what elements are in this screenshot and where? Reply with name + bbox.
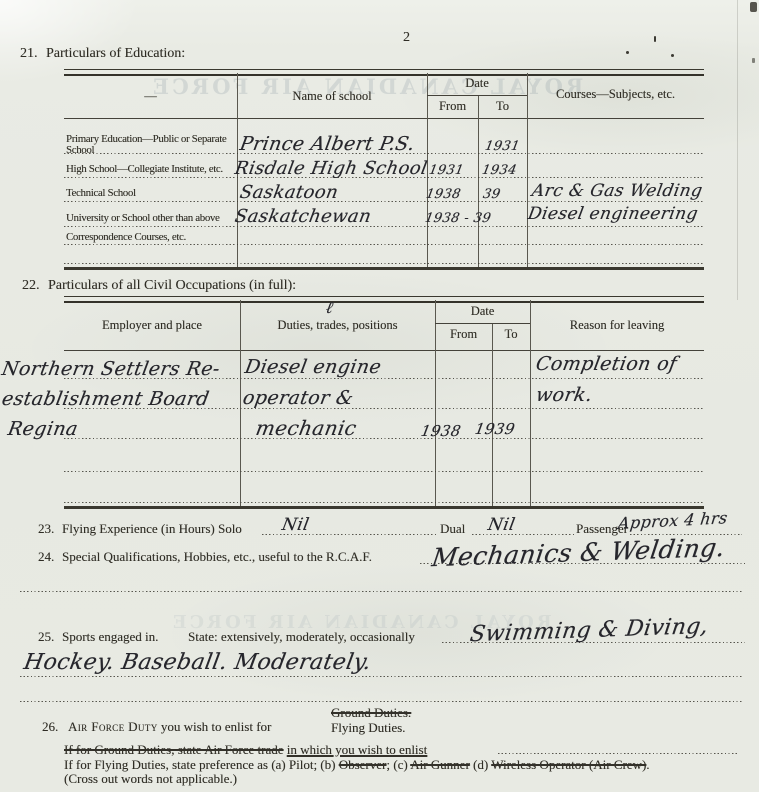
ground-instruction-struck: If for Ground Duties, state Air Force tr… <box>64 742 284 757</box>
table-top-rule <box>64 296 704 303</box>
handwritten-courses: Arc & Gas Welding <box>532 181 702 201</box>
option-ground-duties: Ground Duties. <box>331 705 411 721</box>
ink-speck <box>752 58 755 63</box>
section-21-title: Particulars of Education: <box>46 46 185 62</box>
handwritten-year-to: 39 <box>483 187 500 202</box>
table-header-rule <box>64 118 704 119</box>
education-col-school: Name of school <box>237 89 427 104</box>
pref-part: (d) <box>470 757 491 772</box>
education-col-from: From <box>427 99 478 114</box>
paper-fold-line <box>737 0 738 300</box>
handwritten-year-range: 1938 - 39 <box>425 211 491 226</box>
handwritten-qualifications: Mechanics & Welding. <box>432 533 726 572</box>
handwritten-year-to: 1934 <box>482 163 517 178</box>
handwritten-school: Saskatchewan <box>235 206 371 227</box>
handwritten-reason: work. <box>536 384 592 406</box>
handwritten-sports-line2: Hockey. Baseball. Moderately. <box>24 650 371 675</box>
occupation-col-to: To <box>492 327 530 342</box>
section-22-number: 22. <box>22 278 40 294</box>
ink-speck <box>626 51 629 54</box>
handwritten-duties: Diesel engine <box>245 356 381 378</box>
section-24-label: Special Qualifications, Hobbies, etc., u… <box>62 549 372 565</box>
column-divider <box>492 324 493 506</box>
cross-out-note: (Cross out words not applicable.) <box>64 771 237 787</box>
handwritten-year-to: 1939 <box>475 420 515 438</box>
pref-part: ; (c) <box>386 757 410 772</box>
occupations-table: Employer and place Duties, trades, posit… <box>64 296 704 509</box>
occupation-col-from: From <box>435 327 492 342</box>
handwritten-year-from: 1938 <box>421 422 461 440</box>
handwritten-courses: Diesel engineering <box>528 204 698 224</box>
pref-part: . <box>646 757 649 772</box>
section-25-label-b: State: extensively, moderately, occasion… <box>188 629 415 645</box>
handwritten-employer: Regina <box>8 418 78 440</box>
handwritten-school: Risdale High School <box>235 158 427 179</box>
option-flying-duties: Flying Duties. <box>331 720 405 736</box>
writing-line <box>64 262 704 264</box>
section-24-number: 24. <box>38 549 54 565</box>
education-col-date: Date <box>427 76 527 91</box>
occupation-col-reason: Reason for leaving <box>530 318 704 333</box>
handwritten-year-from: 1938 <box>426 187 461 202</box>
education-col-blank: — <box>64 89 237 104</box>
section-26-label: Air Force Duty you wish to enlist for <box>68 719 271 735</box>
handwritten-year-to: 1931 <box>485 139 520 154</box>
education-col-courses: Courses—Subjects, etc. <box>527 87 704 102</box>
ground-instruction-underlined: in which you wish to enlist <box>287 742 427 757</box>
trailing-dots <box>498 752 738 754</box>
handwritten-employer: Northern Settlers Re- <box>2 358 220 380</box>
occupation-col-date: Date <box>435 304 530 319</box>
writing-line <box>64 243 704 245</box>
scanned-form-page: ROYAL CANADIAN AIR FORCE ROYAL CANADIAN … <box>0 0 759 792</box>
table-top-rule <box>64 69 704 76</box>
ground-duties-instruction: If for Ground Duties, state Air Force tr… <box>64 742 427 758</box>
column-divider <box>527 73 528 267</box>
ink-speck <box>671 54 674 57</box>
education-row-label: Primary Education—Public or Separate Sch… <box>66 134 236 156</box>
handwritten-reason: Completion of <box>536 353 677 375</box>
education-table: — Name of school Date From To Courses—Su… <box>64 69 704 271</box>
date-underline <box>427 95 527 96</box>
blank-writing-line <box>20 700 742 702</box>
education-row-label: High School—Collegiate Institute, etc. <box>66 164 223 175</box>
stray-pen-mark: ℓ <box>326 298 333 318</box>
writing-line <box>64 437 704 439</box>
handwritten-passenger: Approx 4 hrs <box>618 508 729 533</box>
handwritten-year-from: 1931 <box>429 163 464 178</box>
section-25-number: 25. <box>38 629 54 645</box>
education-row-label: Correspondence Courses, etc. <box>66 232 186 243</box>
column-divider <box>478 96 479 267</box>
pref-part-wireless-operator: Wireless Operator (Air Crew) <box>491 757 646 772</box>
ink-speck <box>654 36 656 42</box>
section-23-number: 23. <box>38 521 54 537</box>
handwritten-solo: Nil <box>282 515 309 535</box>
table-bottom-rule <box>64 267 704 270</box>
education-row-label: Technical School <box>66 188 136 199</box>
table-bottom-rule <box>64 506 704 509</box>
handwritten-duties: operator & <box>243 387 353 409</box>
section-21-number: 21. <box>20 46 38 62</box>
date-underline <box>435 323 530 324</box>
section-23-label: Flying Experience (in Hours) Solo <box>62 521 242 537</box>
pref-part: If for Flying Duties, state preference a… <box>64 757 339 772</box>
handwritten-school: Prince Albert P.S. <box>240 133 415 155</box>
table-header-rule <box>64 350 704 351</box>
section-26-label-smallcaps: Air Force Duty <box>68 719 158 734</box>
blank-writing-line <box>20 590 742 592</box>
occupation-col-employer: Employer and place <box>64 318 240 333</box>
corner-mark <box>750 2 757 12</box>
occupation-col-duties: Duties, trades, positions <box>240 318 435 333</box>
section-26-number: 26. <box>42 719 58 735</box>
section-26-label-rest: you wish to enlist for <box>161 719 272 734</box>
section-25-label-a: Sports engaged in. <box>62 629 158 645</box>
handwritten-school: Saskatoon <box>240 182 338 203</box>
writing-line <box>64 470 704 472</box>
writing-line <box>64 501 704 503</box>
handwritten-employer: establishment Board <box>2 388 209 410</box>
pref-part-air-gunner: Air Gunner <box>410 757 470 772</box>
writing-line <box>20 675 742 677</box>
page-number: 2 <box>403 30 410 46</box>
section-23-dual-label: Dual <box>440 521 465 537</box>
pref-part-observer: Observer <box>339 757 387 772</box>
handwritten-duties: mechanic <box>256 416 357 440</box>
education-col-to: To <box>478 99 527 114</box>
handwritten-dual: Nil <box>488 515 515 535</box>
writing-line <box>64 225 704 227</box>
education-row-label: University or School other than above <box>66 213 220 224</box>
section-22-title: Particulars of all Civil Occupations (in… <box>48 278 296 294</box>
